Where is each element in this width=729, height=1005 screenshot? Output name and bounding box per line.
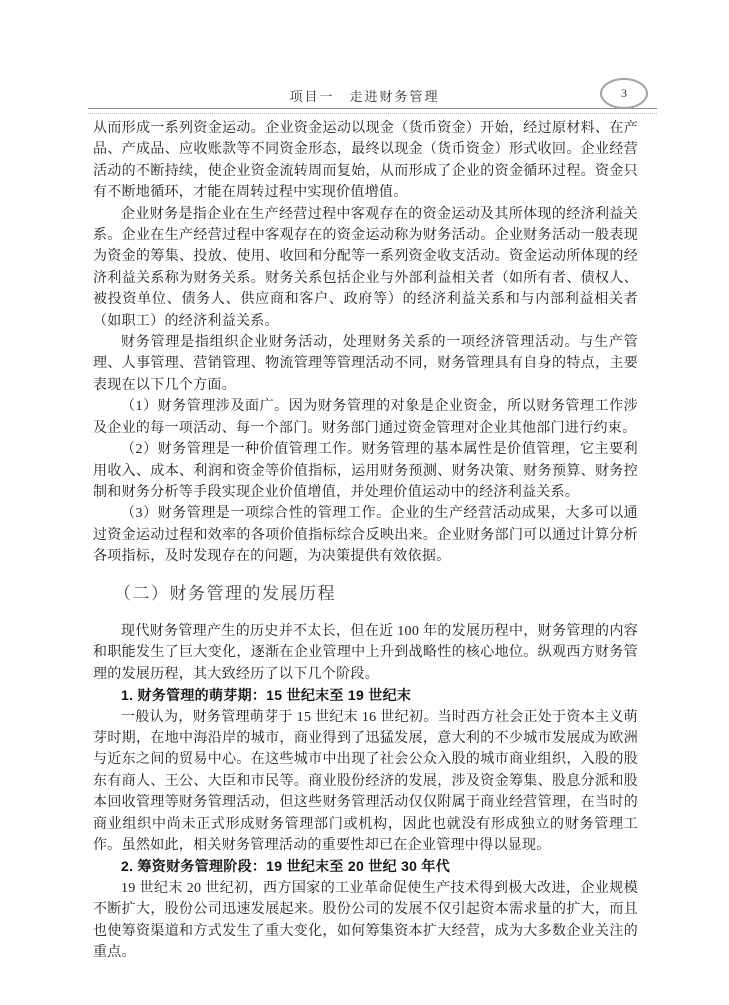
paragraph-list-item-2: （2）财务管理是一种价值管理工作。财务管理的基本属性是价值管理，它主要利用收入、… [93, 439, 638, 503]
subsection-heading-stage-1: 1. 财务管理的萌芽期：15 世纪末至 19 世纪末 [93, 685, 638, 706]
paragraph-list-item-1: （1）财务管理涉及面广。因为财务管理的对象是企业资金，所以财务管理工作涉及企业的… [93, 396, 638, 439]
paragraph: 19 世纪末 20 世纪初，西方国家的工业革命促使生产技术得到极大改进，企业规模… [93, 878, 638, 964]
paragraph: 财务管理是指组织企业财务活动，处理财务关系的一项经济管理活动。与生产管理、人事管… [93, 332, 638, 396]
page-content: 从而形成一系列资金运动。企业资金运动以现金（货币资金）开始，经过原材料、在产品、… [93, 118, 638, 963]
paragraph-list-item-3: （3）财务管理是一项综合性的管理工作。企业的生产经营活动成果，大多可以通过资金运… [93, 503, 638, 567]
header-rule-dotted [88, 113, 657, 114]
paragraph: 企业财务是指企业在生产经营过程中客观存在的资金运动及其所体现的经济利益关系。企业… [93, 204, 638, 332]
subsection-heading-stage-2: 2. 筹资财务管理阶段：19 世纪末至 20 世纪 30 年代 [93, 856, 638, 877]
document-page: 项目一 走进财务管理 3 从而形成一系列资金运动。企业资金运动以现金（货币资金）… [0, 0, 729, 1005]
section-heading-development-history: （二）财务管理的发展历程 [93, 583, 638, 604]
page-number-badge: 3 [600, 78, 648, 109]
paragraph-continuation: 从而形成一系列资金运动。企业资金运动以现金（货币资金）开始，经过原材料、在产品、… [93, 118, 638, 204]
paragraph: 现代财务管理产生的历史并不太长，但在近 100 年的发展历程中，财务管理的内容和… [93, 621, 638, 685]
paragraph: 一般认为，财务管理萌芽于 15 世纪末 16 世纪初。当时西方社会正处于资本主义… [93, 707, 638, 857]
page-number: 3 [621, 86, 627, 101]
page-header: 项目一 走进财务管理 3 [0, 0, 729, 120]
header-rule-solid [88, 108, 657, 109]
